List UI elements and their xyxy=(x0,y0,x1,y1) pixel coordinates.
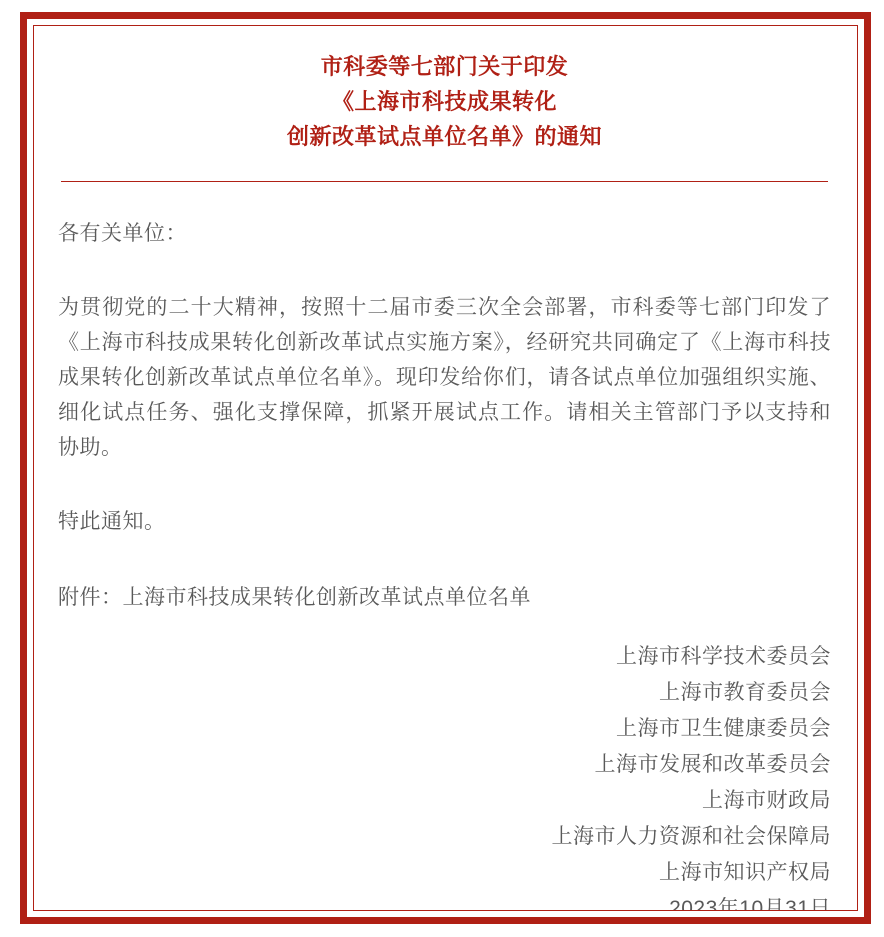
signature-line: 上海市财政局 xyxy=(58,783,831,819)
closing-note: 特此通知。 xyxy=(58,504,831,539)
attachment-line: 附件：上海市科技成果转化创新改革试点单位名单 xyxy=(58,580,831,615)
document-inner-frame: 市科委等七部门关于印发 《上海市科技成果转化 创新改革试点单位名单》的通知 各有… xyxy=(33,25,858,911)
signature-line: 上海市知识产权局 xyxy=(58,855,831,891)
signature-line: 上海市科学技术委员会 xyxy=(58,639,831,675)
signature-line: 上海市发展和改革委员会 xyxy=(58,747,831,783)
signature-line: 上海市卫生健康委员会 xyxy=(58,711,831,747)
signature-line: 上海市教育委员会 xyxy=(58,675,831,711)
title-line-3: 创新改革试点单位名单》的通知 xyxy=(58,119,831,154)
title-line-1: 市科委等七部门关于印发 xyxy=(58,49,831,84)
issue-date: 2023年10月31日 xyxy=(58,891,831,911)
notice-title: 市科委等七部门关于印发 《上海市科技成果转化 创新改革试点单位名单》的通知 xyxy=(58,49,831,154)
signature-block: 上海市科学技术委员会 上海市教育委员会 上海市卫生健康委员会 上海市发展和改革委… xyxy=(58,639,831,911)
title-line-2: 《上海市科技成果转化 xyxy=(58,84,831,119)
body-paragraph: 为贯彻党的二十大精神，按照十二届市委三次全会部署，市科委等七部门印发了《上海市科… xyxy=(58,290,831,465)
signature-line: 上海市人力资源和社会保障局 xyxy=(58,819,831,855)
document-frame: 市科委等七部门关于印发 《上海市科技成果转化 创新改革试点单位名单》的通知 各有… xyxy=(20,12,871,924)
title-divider xyxy=(61,181,828,182)
salutation: 各有关单位： xyxy=(58,216,831,251)
